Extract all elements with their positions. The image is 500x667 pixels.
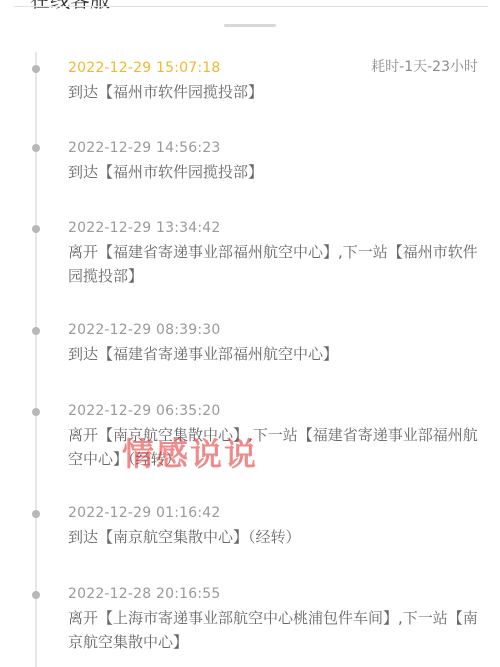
- timeline-dot-icon: [32, 144, 40, 152]
- event-description: 到达【福州市软件园揽投部】: [68, 160, 488, 184]
- timeline-dot-icon: [32, 327, 40, 335]
- event-description: 到达【福建省寄递事业部福州航空中心】: [68, 342, 488, 366]
- event-time: 2022-12-29 15:07:18: [68, 59, 221, 77]
- event-description: 到达【福州市软件园揽投部】: [68, 80, 488, 104]
- timeline-dot-icon: [32, 408, 40, 416]
- timeline-dot-icon: [32, 510, 40, 518]
- tracking-timeline: 2022-12-29 15:07:18 耗时-1天-23小时 到达【福州市软件园…: [0, 0, 500, 667]
- duration-label: 耗时-1天-23小时: [371, 58, 478, 76]
- event-time: 2022-12-29 06:35:20: [68, 402, 221, 420]
- event-time: 2022-12-29 01:16:42: [68, 504, 221, 522]
- event-description: 离开【福建省寄递事业部福州航空中心】,下一站【福州市软件园揽投部】: [68, 240, 488, 288]
- timeline-dot-icon: [32, 591, 40, 599]
- event-description: 离开【南京航空集散中心】,下一站【福建省寄递事业部福州航空中心】（经转）: [68, 423, 488, 471]
- event-description: 到达【南京航空集散中心】（经转）: [68, 525, 488, 549]
- event-time: 2022-12-29 08:39:30: [68, 321, 221, 339]
- event-time: 2022-12-29 13:34:42: [68, 219, 221, 237]
- event-time: 2022-12-29 14:56:23: [68, 139, 221, 157]
- event-time: 2022-12-28 20:16:55: [68, 585, 221, 603]
- event-description: 离开【上海市寄递事业部航空中心桃浦包件车间】,下一站【南京航空集散中心】: [68, 606, 488, 654]
- timeline-dot-icon: [32, 65, 40, 73]
- timeline-dot-icon: [32, 225, 40, 233]
